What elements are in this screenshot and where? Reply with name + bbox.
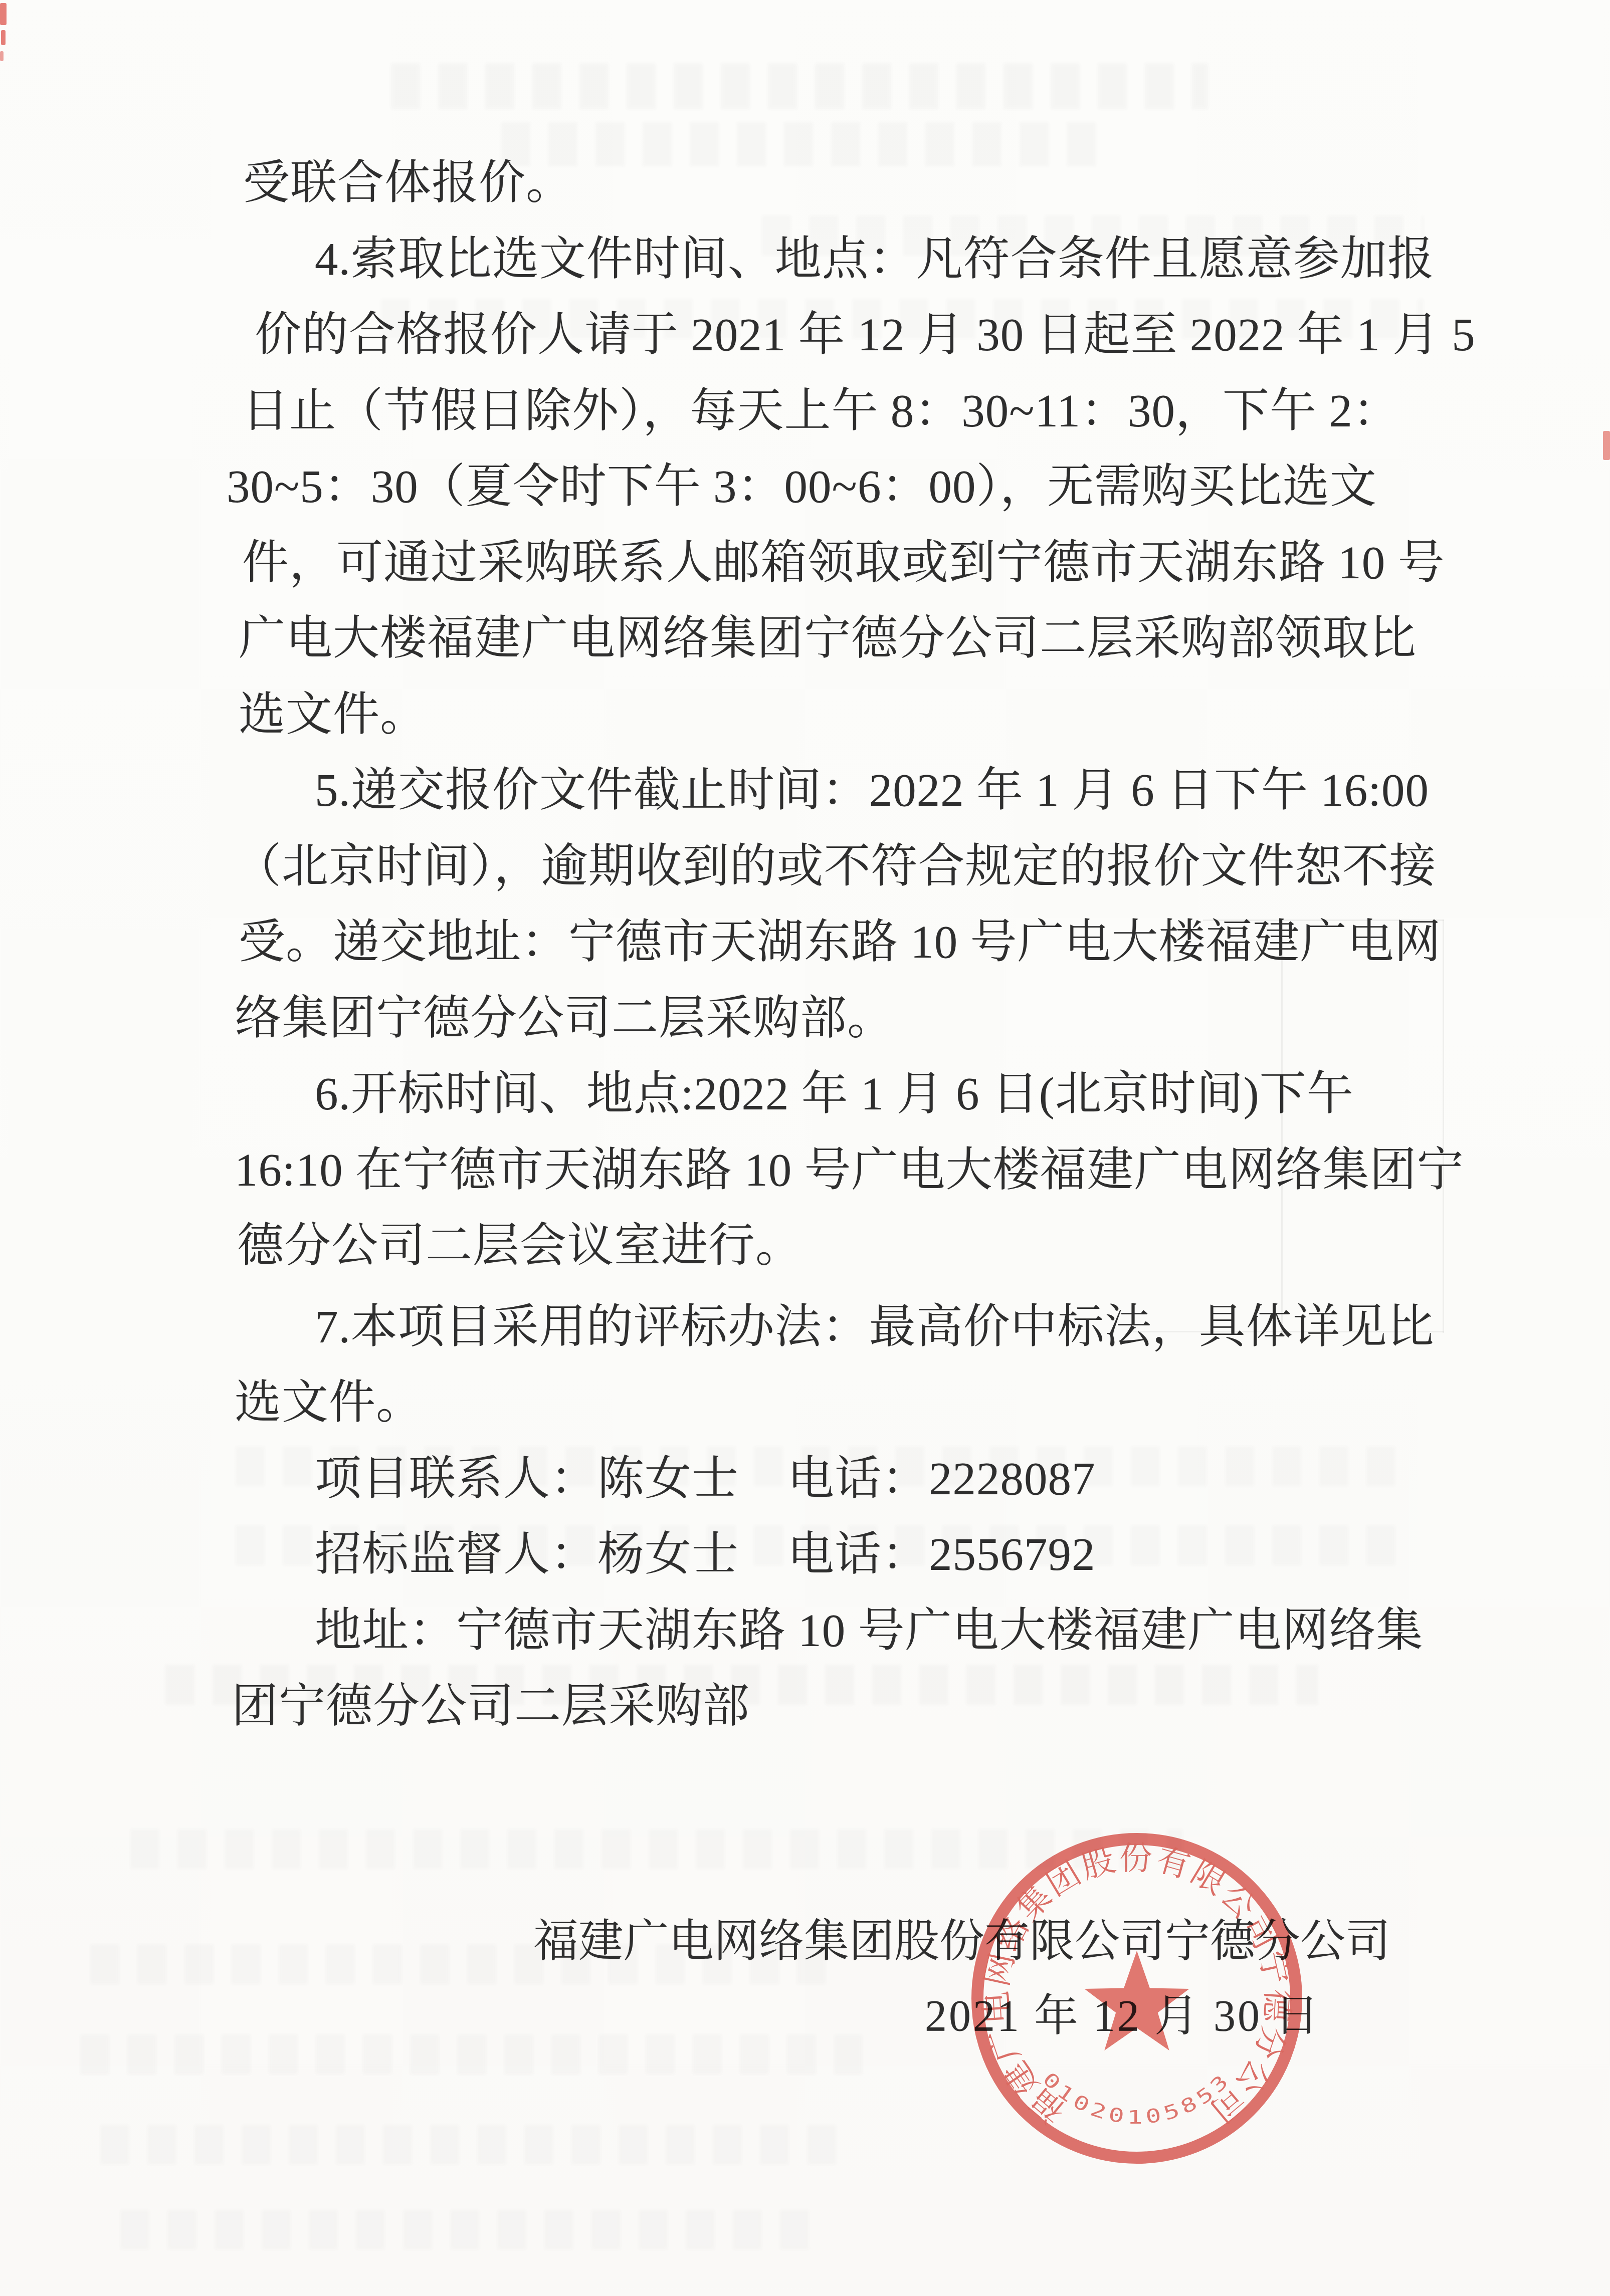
star-icon (1084, 1951, 1189, 2050)
scanned-page: 受联合体报价。 4.索取比选文件时间、地点：凡符合条件且愿意参加报 价的合格报价… (0, 0, 1610, 2296)
red-edge-artifact (0, 3, 7, 25)
company-seal: 福建广电网络集团股份有限公司宁德分公司 01020105853 (966, 1828, 1307, 2169)
bleed-through-table-line (1443, 920, 1444, 1333)
body-line: 团宁德分公司二层采购部 (232, 1677, 750, 1736)
body-line: 日止（节假日除外），每天上午 8：30~11：30，下午 2： (242, 382, 1400, 441)
body-line: 项目联系人：陈女士 电话：2228087 (315, 1450, 1096, 1509)
body-line: 受。递交地址：宁德市天湖东路 10 号广电大楼福建广电网 (239, 913, 1442, 972)
body-line: 5.递交报价文件截止时间：2022 年 1 月 6 日下午 16:00 (315, 761, 1429, 820)
body-line: 件，可通过采购联系人邮箱领取或到宁德市天湖东路 10 号 (242, 534, 1445, 593)
red-edge-artifact (1603, 431, 1610, 460)
body-line: 地址：宁德市天湖东路 10 号广电大楼福建广电网络集 (315, 1601, 1424, 1661)
body-line: 招标监督人：杨女士 电话：2556792 (315, 1525, 1096, 1584)
bleed-through-smudge (501, 122, 1113, 166)
company-seal-graphic: 福建广电网络集团股份有限公司宁德分公司 01020105853 (966, 1828, 1307, 2169)
body-line: 选文件。 (239, 685, 427, 745)
body-line: 7.本项目采用的评标办法：最高价中标法，具体详见比 (315, 1298, 1435, 1357)
body-line: 价的合格报价人请于 2021 年 12 月 30 日起至 2022 年 1 月 … (255, 306, 1476, 365)
bleed-through-smudge (120, 2210, 822, 2250)
body-line: 广电大楼福建广电网络集团宁德分公司二层采购部领取比 (239, 609, 1417, 668)
body-line: 6.开标时间、地点:2022 年 1 月 6 日(北京时间)下午 (315, 1065, 1354, 1124)
bleed-through-smudge (391, 63, 1208, 109)
body-line: 络集团宁德分公司二层采购部。 (235, 989, 894, 1048)
body-line: 4.索取比选文件时间、地点：凡符合条件且愿意参加报 (315, 230, 1435, 289)
bleed-through-smudge (100, 2125, 842, 2165)
seal-number: 01020105853 (1039, 2068, 1236, 2128)
bleed-through-table-line (1281, 920, 1283, 1333)
body-line: （北京时间），逾期收到的或不符合规定的报价文件恕不接 (235, 837, 1437, 896)
body-line: 德分公司二层会议室进行。 (237, 1217, 802, 1276)
body-line: 受联合体报价。 (243, 154, 573, 213)
body-line: 选文件。 (235, 1373, 423, 1433)
red-edge-artifact (1, 30, 6, 45)
bleed-through-smudge (80, 2034, 862, 2075)
body-line: 16:10 在宁德市天湖东路 10 号广电大楼福建广电网络集团宁 (235, 1141, 1464, 1200)
red-edge-artifact (0, 51, 4, 61)
body-line: 30~5：30（夏令时下午 3：00~6：00），无需购买比选文 (227, 457, 1377, 517)
